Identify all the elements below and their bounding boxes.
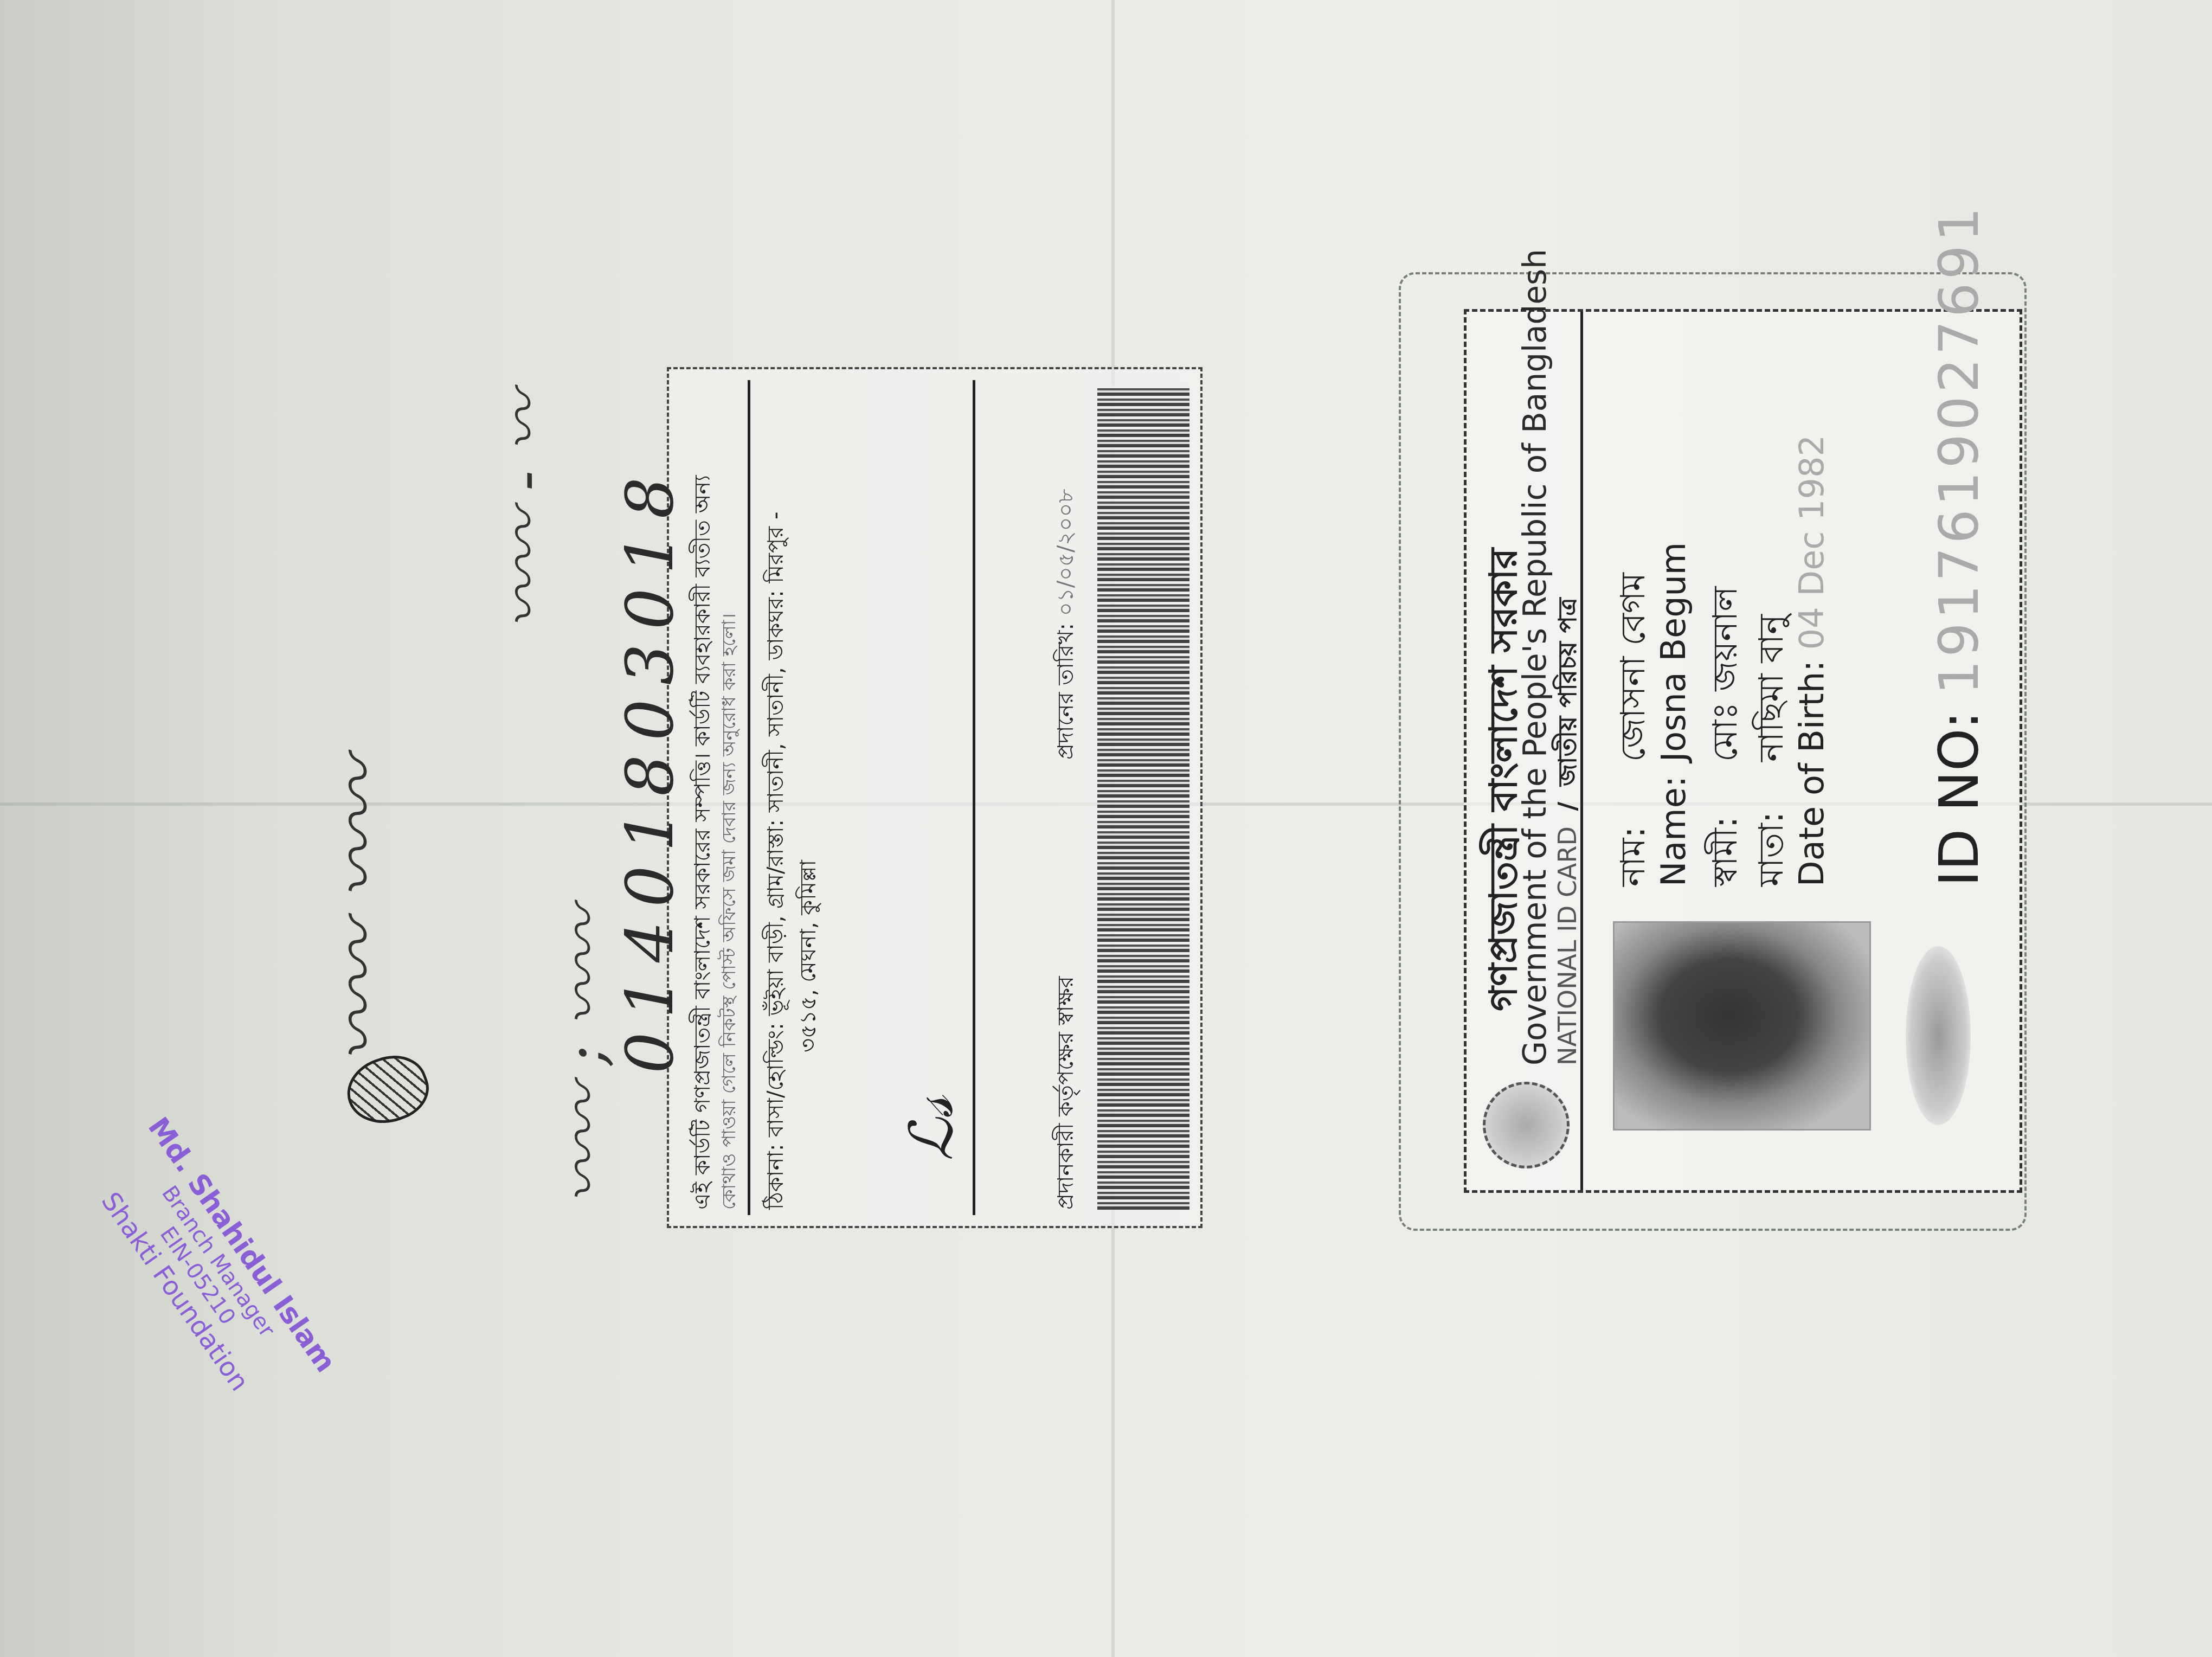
handwritten-name: 〰〰 〰〰 xyxy=(304,759,405,1063)
field-name-en: Name:Josna Begum xyxy=(1654,542,1693,887)
handwritten-note-1: 〰〰 - 〰 xyxy=(477,392,563,629)
government-title-en: Government of the People's Republic of B… xyxy=(1516,249,1553,1065)
field-id-number: ID NO:1917619027691 xyxy=(1927,204,1991,887)
holder-signature xyxy=(1906,946,1971,1125)
back-address-line1: ঠিকানা: বাসা/হোল্ডিং: ভূঁইয়া বাড়ী, গ্র… xyxy=(758,512,795,1210)
divider xyxy=(973,380,975,1215)
back-address-line2: ৩৫১৫, মেঘনা, কুমিল্লা xyxy=(791,860,827,1052)
government-emblem-icon xyxy=(1483,1082,1570,1168)
issue-date: প্রদানের তারিখ: ০১/০৫/২০০৮ xyxy=(1049,489,1085,760)
field-dob: Date of Birth: 04 Dec 1982 xyxy=(1792,435,1831,887)
card-type-en: NATIONAL ID CARD xyxy=(1553,826,1582,1065)
issuer-signature: ℒ𝓈 xyxy=(897,1096,967,1161)
back-notice-line2: কোথাও পাওয়া গেলে নিকটস্থ পোস্ট অফিসে জম… xyxy=(715,613,746,1210)
id-card-header: গণপ্রজাতন্ত্রী বাংলাদেশ সরকার Government… xyxy=(1467,312,1583,1190)
pdf417-barcode xyxy=(1097,386,1189,1210)
card-type: NATIONAL ID CARD / জাতীয় পরিচয় পত্র xyxy=(1549,598,1590,1065)
holder-photo xyxy=(1613,921,1871,1131)
card-type-bn: জাতীয় পরিচয় পত্র xyxy=(1553,598,1582,786)
handwritten-phone-number: 01401803018 xyxy=(613,463,688,1074)
id-card-front: গণপ্রজাতন্ত্রী বাংলাদেশ সরকার Government… xyxy=(1464,309,2022,1193)
handwritten-note-2: 〰〰 ; 〰〰 xyxy=(537,907,622,1204)
issuer-signature-label: প্রদানকারী কর্তৃপক্ষের স্বাক্ষর xyxy=(1049,976,1085,1210)
divider xyxy=(748,380,750,1215)
card-type-separator: / xyxy=(1553,802,1582,811)
official-stamp: Md. Shahidul Islam Branch Manager EIN-05… xyxy=(76,1112,342,1424)
id-card-back: এই কার্ডটি গণপ্রজাতন্ত্রী বাংলাদেশ সরকার… xyxy=(667,367,1203,1228)
